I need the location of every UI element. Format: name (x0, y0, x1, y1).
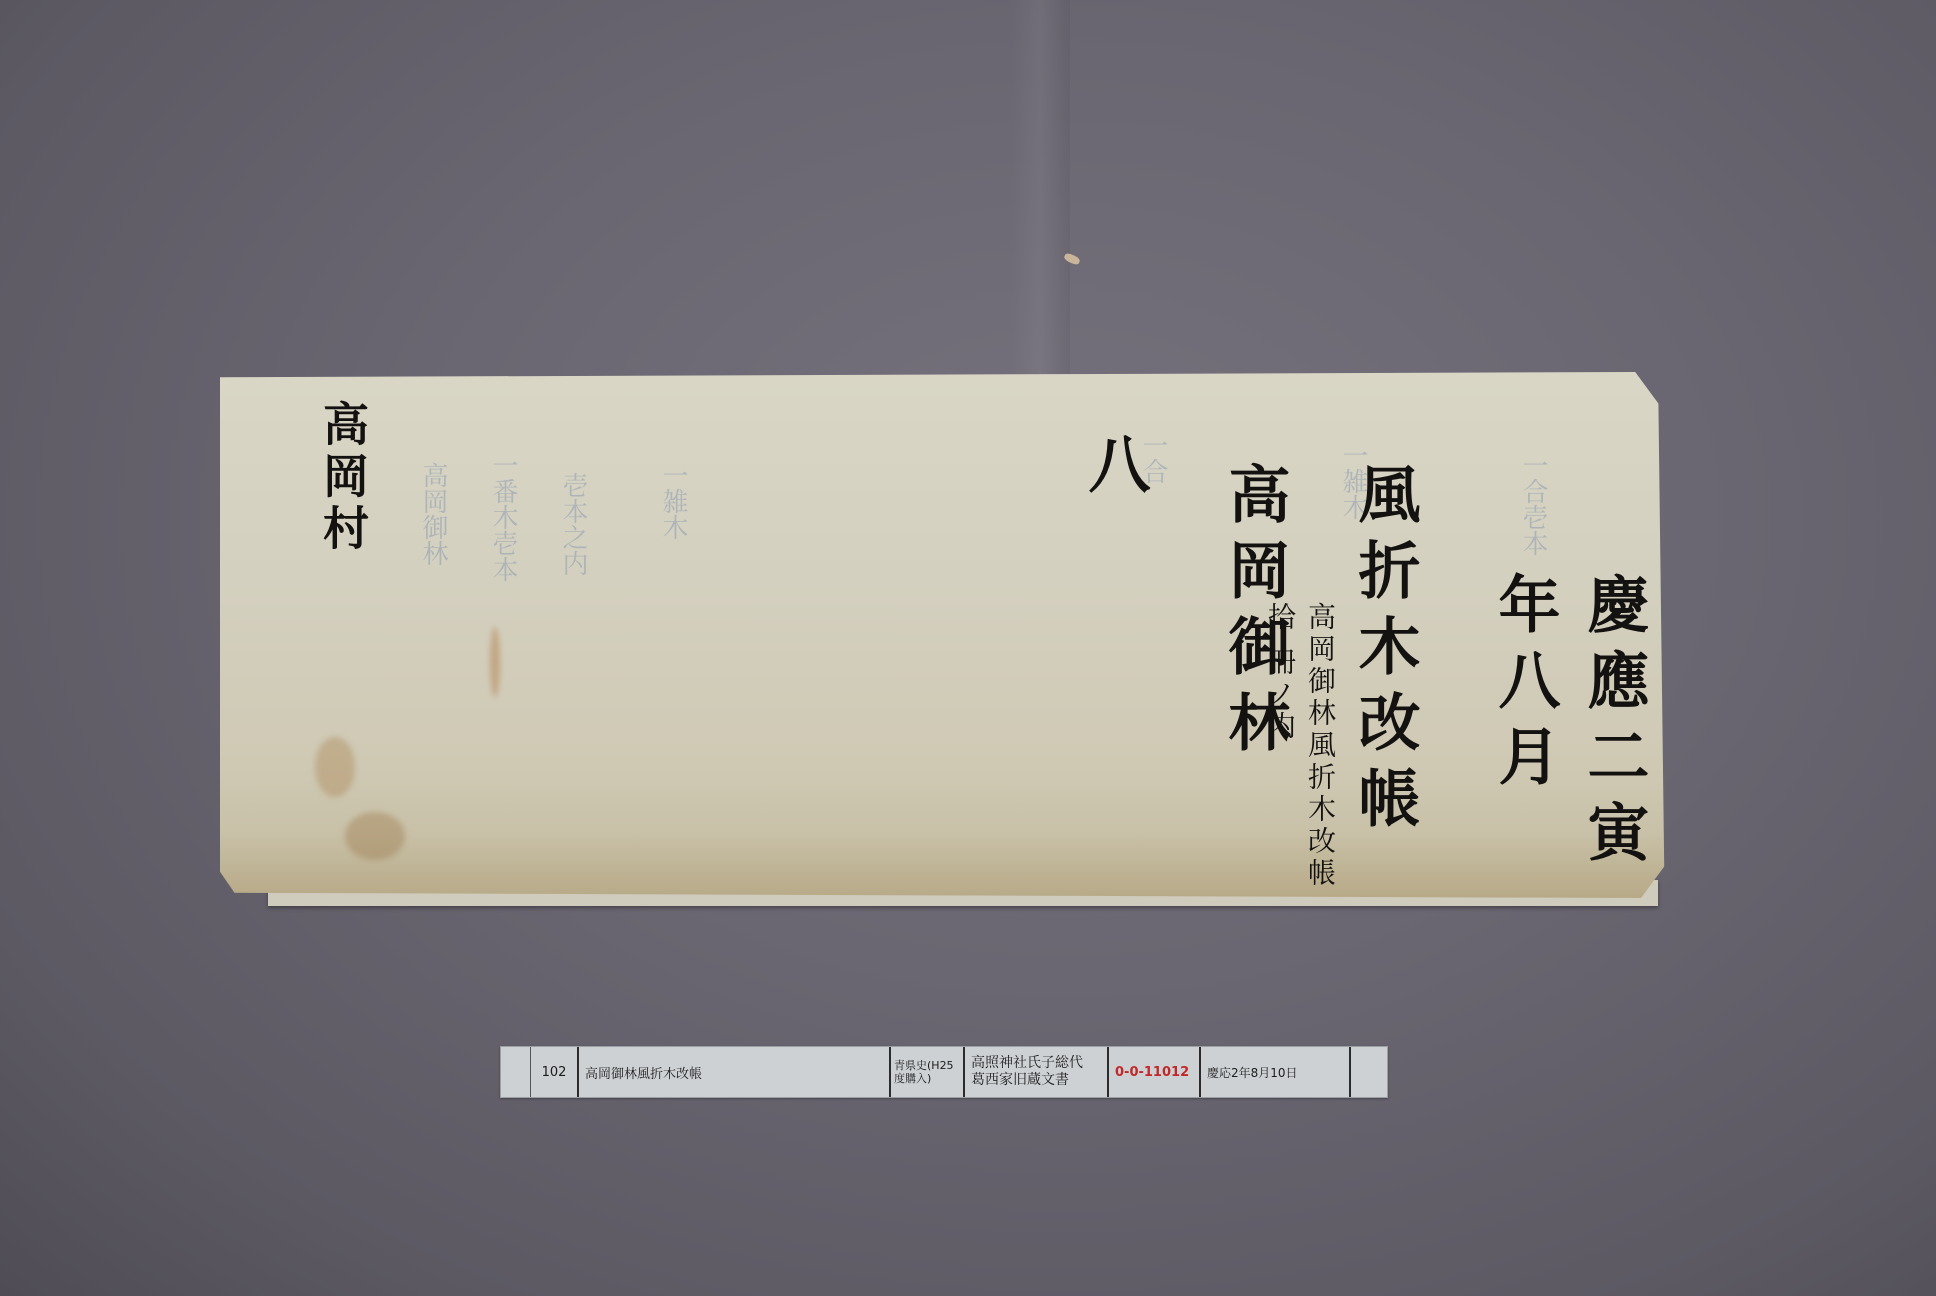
historical-document: 高岡御林 一番木壱本 壱本之内 一雑木 一合 一雑木 一合壱本 高岡村 八 月 … (220, 372, 1670, 898)
binding-string (1812, 932, 1828, 1106)
label-collection-line1: 高照神社氏子総代 (971, 1055, 1083, 1072)
label-collection-line2: 葛西家旧蔵文書 (971, 1072, 1083, 1089)
label-source-line1: 青県史(H25 (894, 1059, 954, 1072)
document-title-main: 慶應二寅年八月 (1480, 572, 1658, 898)
label-date: 慶応2年8月10日 (1201, 1047, 1351, 1097)
backdrop-fold-shadow (1010, 0, 1070, 380)
label-blank-left (501, 1047, 531, 1097)
label-source: 青県史(H25 度購入) (891, 1047, 965, 1097)
bleed-through-text: 一番木壱本 (490, 452, 520, 582)
document-title-body: 風折木改帳 (1340, 462, 1429, 842)
document-title-col1: 八 (1070, 432, 1159, 508)
marginal-note: 高岡御林風折木改帳 拾 冊ノ内 (1260, 602, 1340, 898)
bleed-through-text: 高岡御林 (420, 462, 450, 566)
label-number: 102 (531, 1047, 579, 1097)
label-title: 高岡御林風折木改帳 (579, 1047, 891, 1097)
bleed-through-text: 一合壱本 (1520, 452, 1550, 556)
label-source-line2: 度購入) (894, 1072, 954, 1085)
village-name-inscription: 高岡村 (310, 400, 376, 556)
label-catalog-id: 0-0-11012 (1109, 1047, 1201, 1097)
stain (220, 832, 1670, 902)
label-blank-right (1351, 1047, 1387, 1097)
catalog-label-strip: 102 高岡御林風折木改帳 青県史(H25 度購入) 高照神社氏子総代 葛西家旧… (500, 1046, 1388, 1098)
label-collection: 高照神社氏子総代 葛西家旧蔵文書 (965, 1047, 1109, 1097)
bleed-through-text: 壱本之内 (560, 472, 590, 576)
stain (315, 737, 355, 797)
stain (490, 627, 500, 697)
bleed-through-text: 一雑木 (660, 462, 690, 540)
